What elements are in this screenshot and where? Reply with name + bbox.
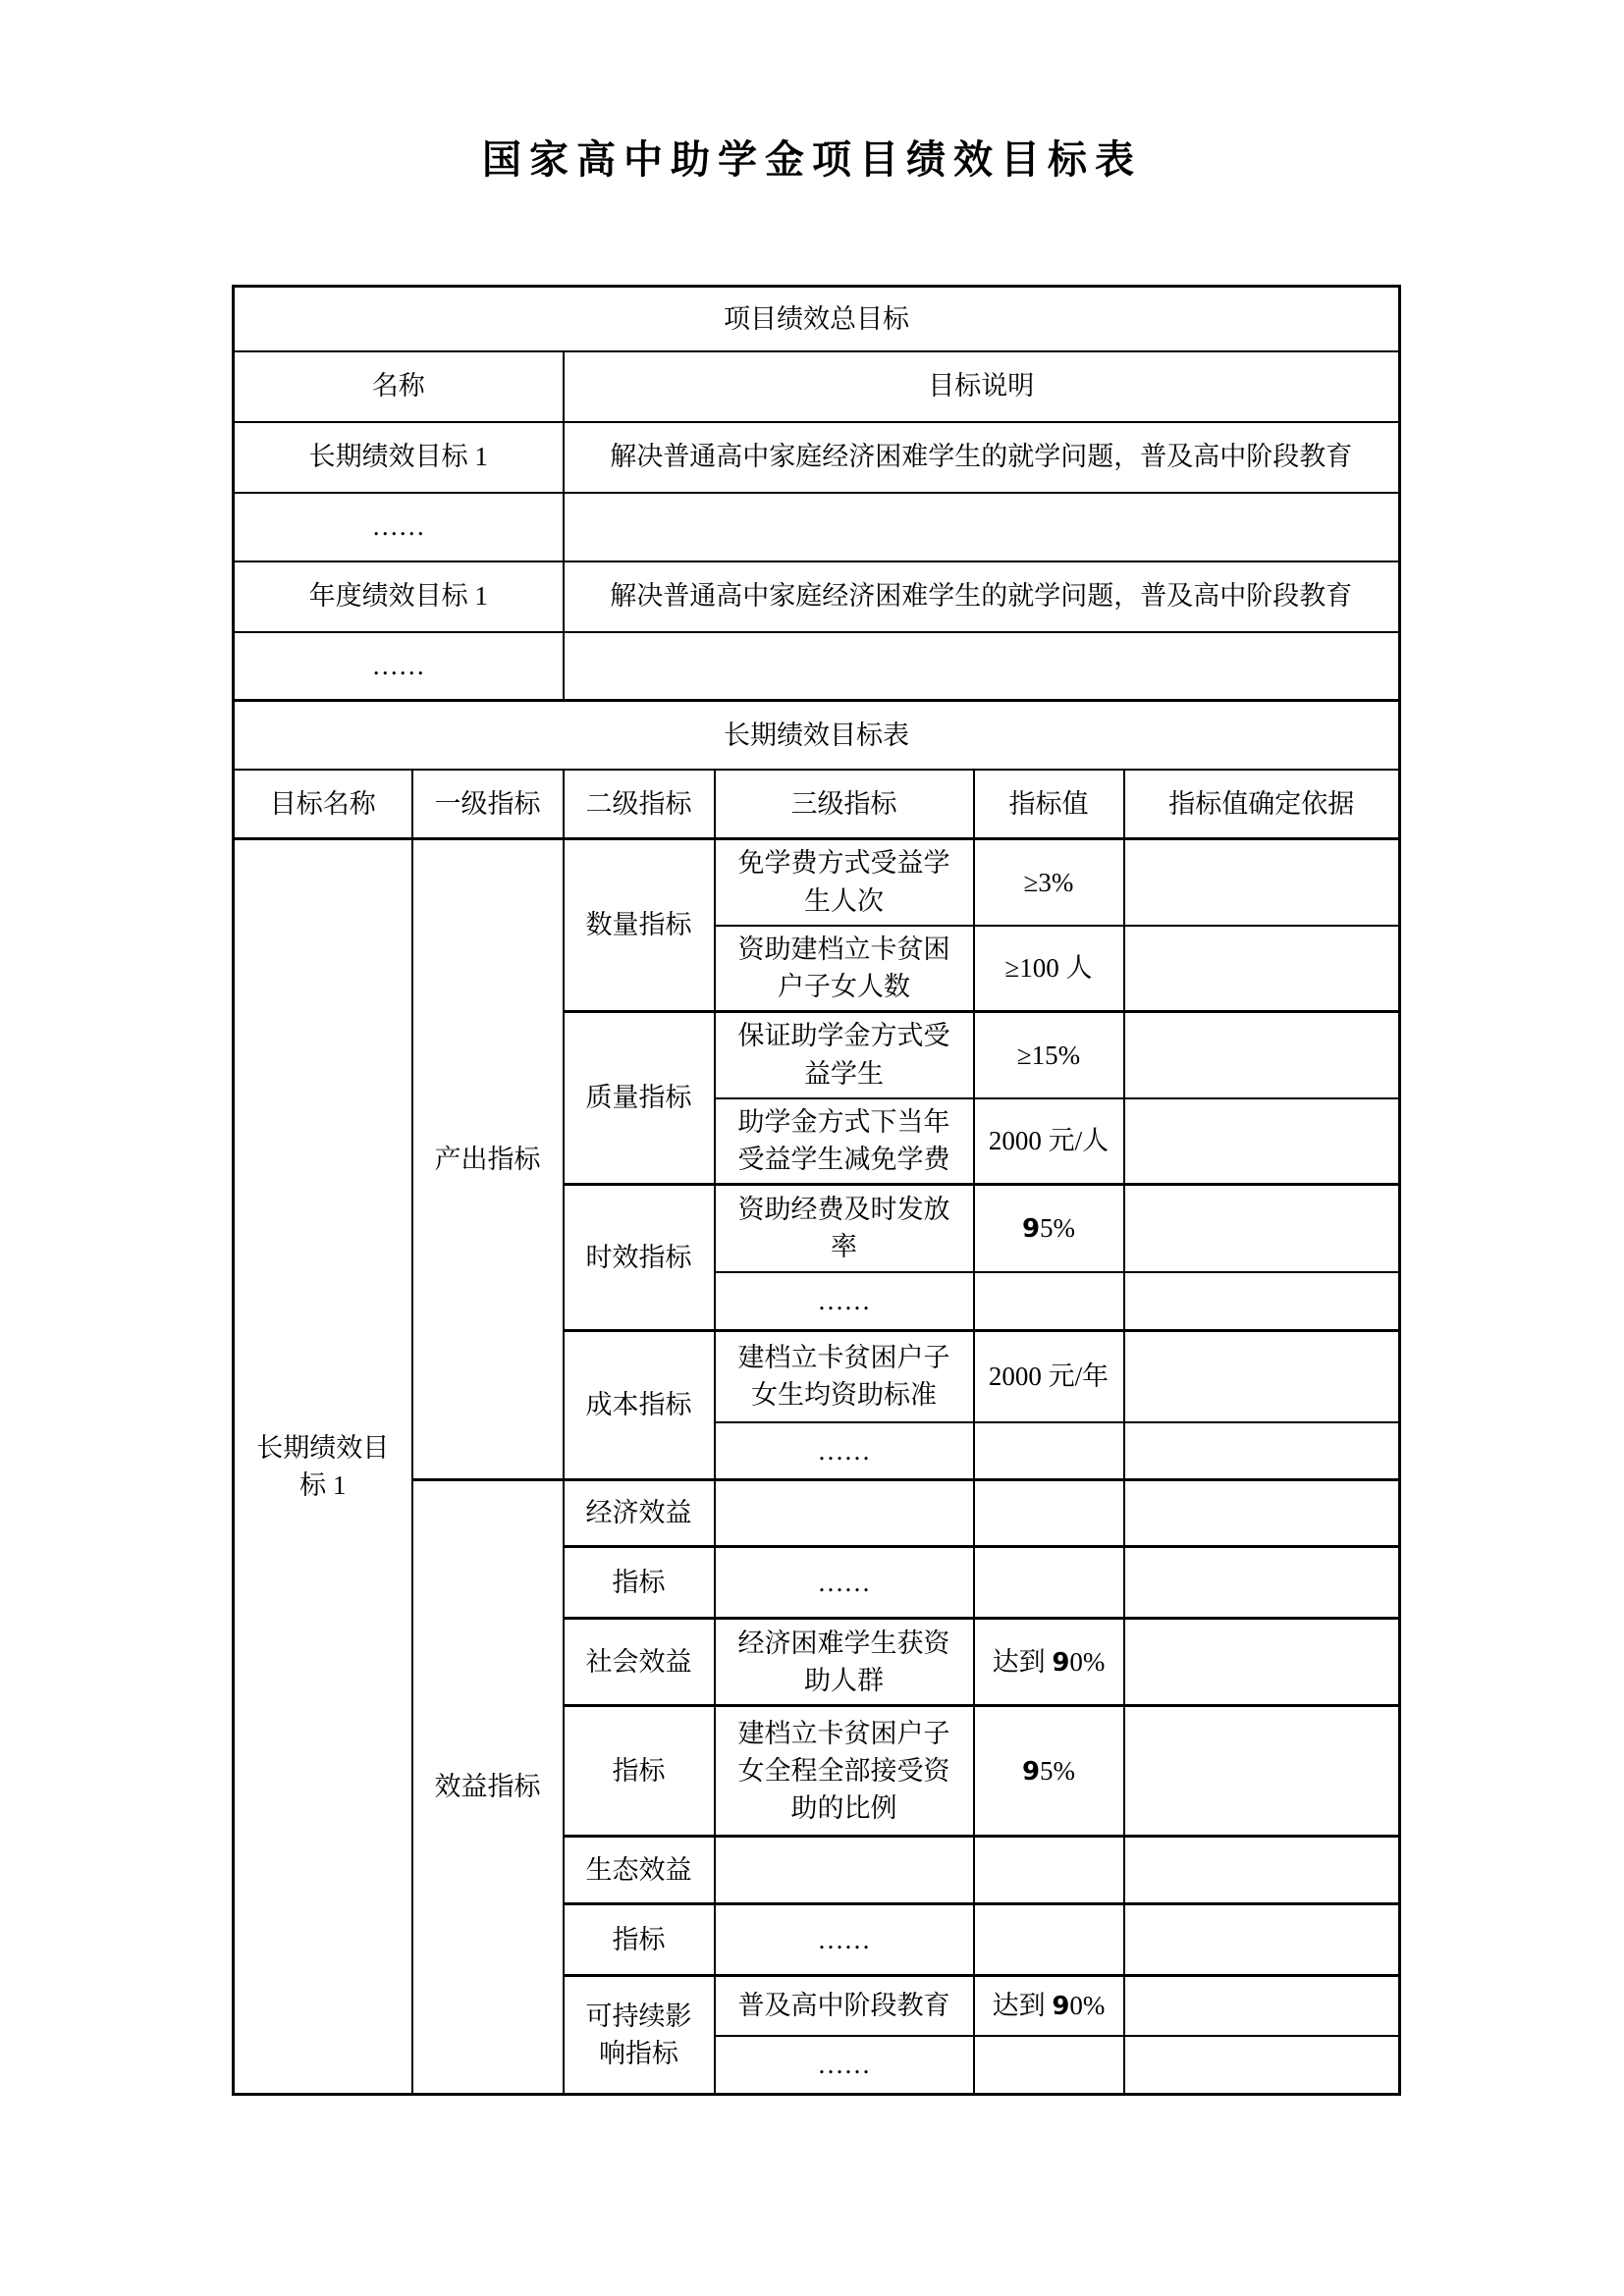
goal-desc-cell	[564, 493, 1400, 561]
goal-desc-cell: 解决普通高中家庭经济困难学生的就学问题，普及高中阶段教育	[564, 422, 1400, 493]
cell-value-basis	[1124, 1331, 1400, 1422]
cell-value-basis	[1124, 1547, 1400, 1619]
digit-nine: 9	[1022, 1214, 1040, 1244]
cell-value-basis	[1124, 1976, 1400, 2036]
cell-indicator-value	[974, 1904, 1124, 1976]
digit-nine: 9	[1022, 1757, 1040, 1787]
cell-value-basis	[1124, 1837, 1400, 1904]
col-header-value: 指标值	[974, 770, 1124, 839]
cell-level3-indicator: ……	[715, 1422, 974, 1480]
goal-desc-cell	[564, 632, 1400, 701]
cell-value-basis	[1124, 839, 1400, 926]
cell-level3-indicator: 免学费方式受益学生人次	[715, 839, 974, 926]
cell-indicator-value	[974, 2036, 1124, 2095]
cell-value-basis	[1124, 1185, 1400, 1272]
cell-level3-indicator: 建档立卡贫困户子女生均资助标准	[715, 1331, 974, 1422]
cell-indicator-value: 达到 90%	[974, 1619, 1124, 1706]
overall-col-header-name: 名称	[234, 351, 564, 422]
cell-indicator-value: 2000 元/年	[974, 1331, 1124, 1422]
cell-value-basis	[1124, 1012, 1400, 1098]
col-header-level3: 三级指标	[715, 770, 974, 839]
cell-level3-indicator: ……	[715, 1904, 974, 1976]
cell-level3-indicator: ……	[715, 1547, 974, 1619]
cell-value-basis	[1124, 1272, 1400, 1331]
longterm-section-header: 长期绩效目标表	[234, 701, 1400, 770]
goal-name-cell: ……	[234, 493, 564, 561]
performance-target-table-wrap: 项目绩效总目标 名称 目标说明 长期绩效目标 1 解决普通高中家庭经济困难学生的…	[232, 285, 1401, 2096]
cell-value-basis	[1124, 1480, 1400, 1547]
cell-level2-indicator: 生态效益	[564, 1837, 715, 1904]
cell-goal-name: 长期绩效目标 1	[234, 839, 412, 2095]
cell-level2-indicator: 质量指标	[564, 1012, 715, 1185]
cell-level1-indicator: 效益指标	[412, 1480, 564, 2095]
cell-level3-indicator	[715, 1480, 974, 1547]
cell-value-basis	[1124, 1706, 1400, 1837]
cell-indicator-value	[974, 1837, 1124, 1904]
digit-nine: 9	[1052, 1992, 1069, 2021]
table-row: 长期绩效目标 1产出指标数量指标免学费方式受益学生人次≥3%	[234, 839, 1400, 926]
cell-level3-indicator: ……	[715, 2036, 974, 2095]
col-header-level1: 一级指标	[412, 770, 564, 839]
cell-level3-indicator: 资助经费及时发放率	[715, 1185, 974, 1272]
overall-goal-section: 项目绩效总目标 名称 目标说明 长期绩效目标 1 解决普通高中家庭经济困难学生的…	[234, 287, 1400, 839]
digit-nine: 9	[1052, 1648, 1069, 1678]
cell-level3-indicator: 普及高中阶段教育	[715, 1976, 974, 2036]
goal-name-cell: 长期绩效目标 1	[234, 422, 564, 493]
longterm-body-section: 长期绩效目标 1产出指标数量指标免学费方式受益学生人次≥3%资助建档立卡贫困户子…	[234, 839, 1400, 2095]
page-title: 国家高中助学金项目绩效目标表	[0, 133, 1624, 187]
cell-value-basis	[1124, 926, 1400, 1012]
cell-indicator-value: 达到 90%	[974, 1976, 1124, 2036]
cell-level3-indicator: 资助建档立卡贫困户子女人数	[715, 926, 974, 1012]
cell-indicator-value: ≥100 人	[974, 926, 1124, 1012]
cell-level2-indicator: 指标	[564, 1706, 715, 1837]
cell-value-basis	[1124, 1619, 1400, 1706]
overall-section-header: 项目绩效总目标	[234, 287, 1400, 351]
cell-level3-indicator: 保证助学金方式受益学生	[715, 1012, 974, 1098]
cell-indicator-value	[974, 1547, 1124, 1619]
cell-level3-indicator	[715, 1837, 974, 1904]
col-header-basis: 指标值确定依据	[1124, 770, 1400, 839]
cell-level3-indicator: 助学金方式下当年受益学生减免学费	[715, 1098, 974, 1185]
cell-value-basis	[1124, 1422, 1400, 1480]
performance-target-table: 项目绩效总目标 名称 目标说明 长期绩效目标 1 解决普通高中家庭经济困难学生的…	[232, 285, 1401, 2096]
table-row: 长期绩效目标 1 解决普通高中家庭经济困难学生的就学问题，普及高中阶段教育	[234, 422, 1400, 493]
col-header-level2: 二级指标	[564, 770, 715, 839]
cell-indicator-value: 2000 元/人	[974, 1098, 1124, 1185]
cell-level1-indicator: 产出指标	[412, 839, 564, 1480]
goal-desc-cell: 解决普通高中家庭经济困难学生的就学问题，普及高中阶段教育	[564, 561, 1400, 632]
longterm-column-header-row: 目标名称 一级指标 二级指标 三级指标 指标值 指标值确定依据	[234, 770, 1400, 839]
overall-col-header-desc: 目标说明	[564, 351, 1400, 422]
cell-level2-indicator: 可持续影响指标	[564, 1976, 715, 2095]
table-row: 年度绩效目标 1 解决普通高中家庭经济困难学生的就学问题，普及高中阶段教育	[234, 561, 1400, 632]
cell-indicator-value: 95%	[974, 1185, 1124, 1272]
cell-indicator-value	[974, 1480, 1124, 1547]
col-header-goal-name: 目标名称	[234, 770, 412, 839]
cell-indicator-value	[974, 1272, 1124, 1331]
goal-name-cell: 年度绩效目标 1	[234, 561, 564, 632]
cell-level2-indicator: 社会效益	[564, 1619, 715, 1706]
cell-level2-indicator: 成本指标	[564, 1331, 715, 1480]
cell-value-basis	[1124, 2036, 1400, 2095]
table-row: ……	[234, 632, 1400, 701]
table-row: ……	[234, 493, 1400, 561]
cell-level2-indicator: 经济效益	[564, 1480, 715, 1547]
cell-indicator-value: 95%	[974, 1706, 1124, 1837]
cell-level3-indicator: 经济困难学生获资助人群	[715, 1619, 974, 1706]
goal-name-cell: ……	[234, 632, 564, 701]
cell-level3-indicator: ……	[715, 1272, 974, 1331]
cell-level2-indicator: 指标	[564, 1547, 715, 1619]
cell-value-basis	[1124, 1904, 1400, 1976]
cell-indicator-value	[974, 1422, 1124, 1480]
cell-indicator-value: ≥3%	[974, 839, 1124, 926]
cell-level2-indicator: 数量指标	[564, 839, 715, 1012]
cell-level2-indicator: 时效指标	[564, 1185, 715, 1331]
cell-indicator-value: ≥15%	[974, 1012, 1124, 1098]
cell-level2-indicator: 指标	[564, 1904, 715, 1976]
cell-value-basis	[1124, 1098, 1400, 1185]
cell-level3-indicator: 建档立卡贫困户子女全程全部接受资助的比例	[715, 1706, 974, 1837]
